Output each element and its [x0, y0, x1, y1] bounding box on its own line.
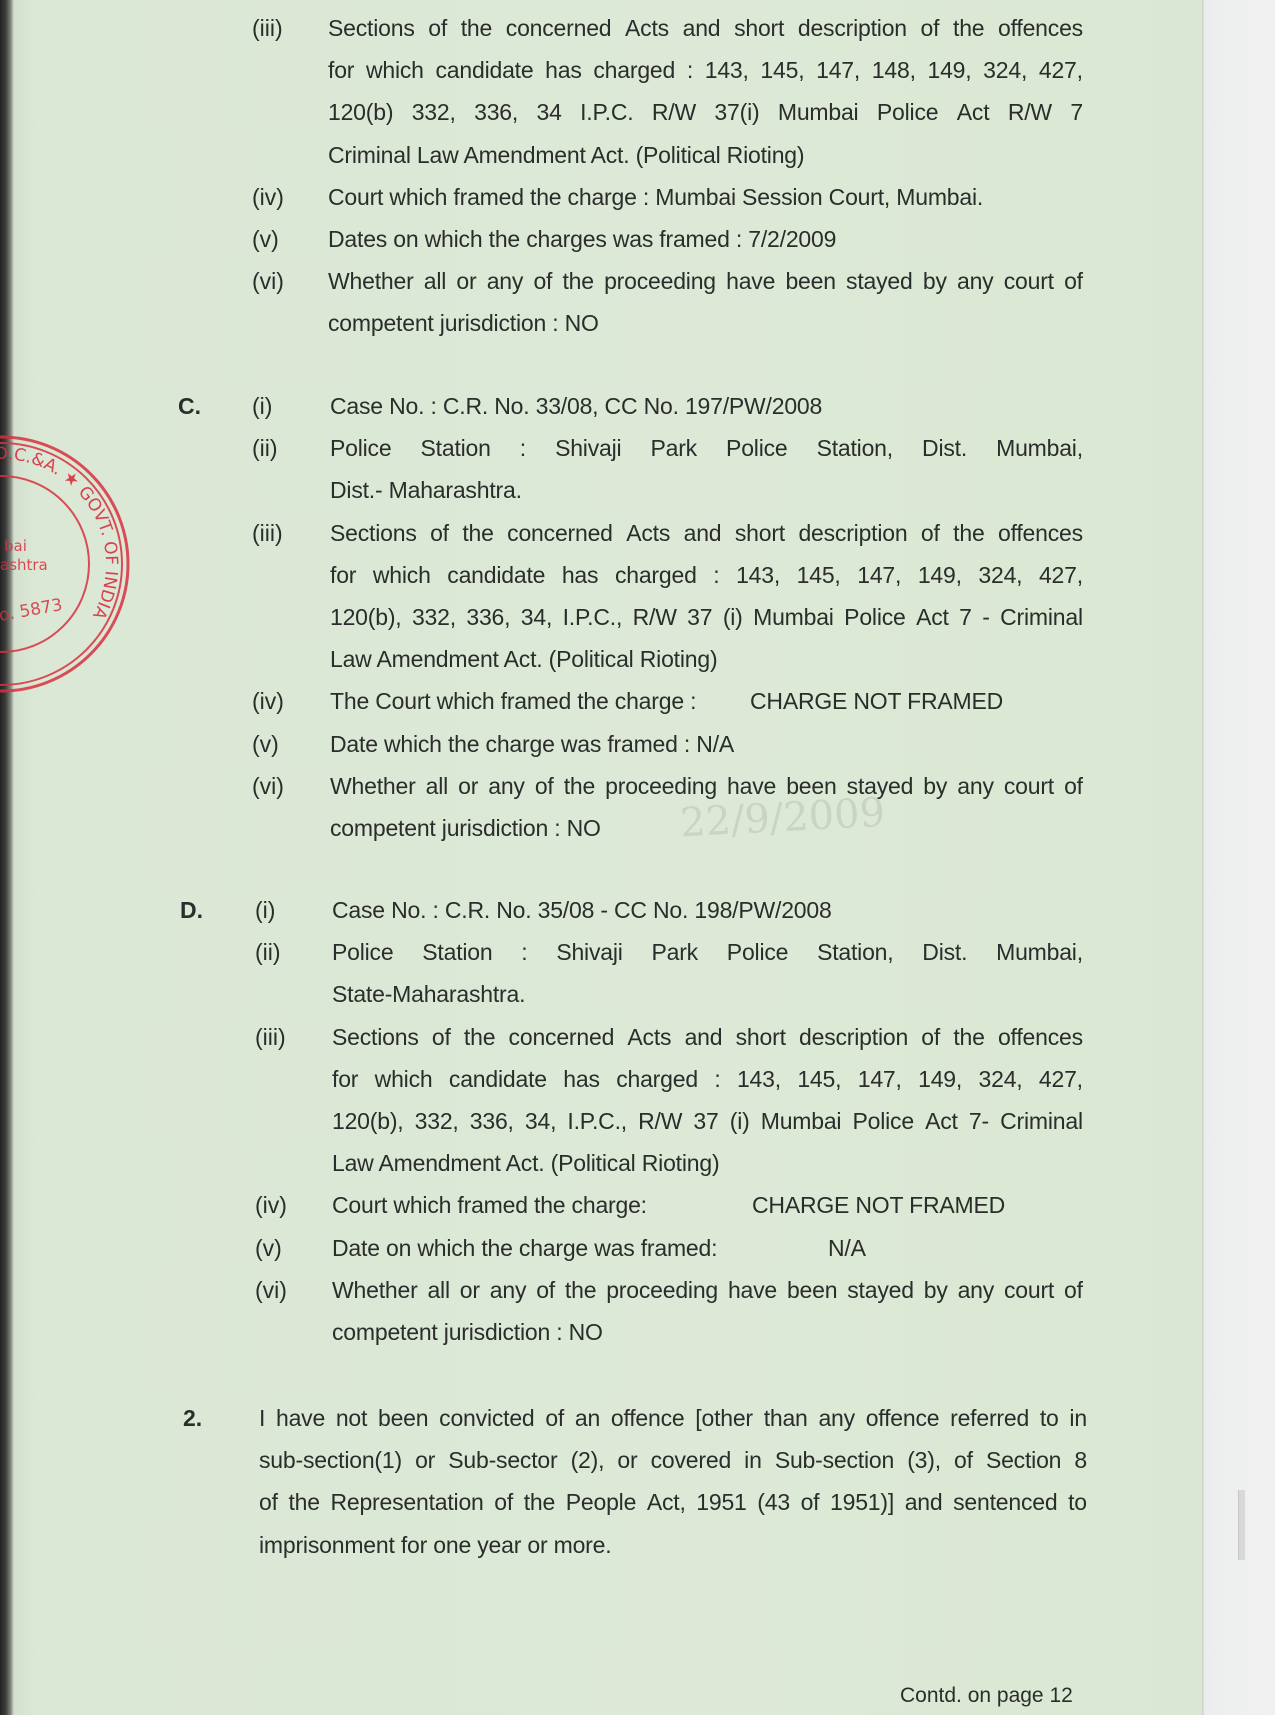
item-label: Date on which the charge was framed: [332, 1234, 717, 1262]
item-text-line: SectionsoftheconcernedActsandshortdescri… [328, 14, 1083, 42]
item-text-line: State-Maharashtra. [332, 980, 525, 1008]
svg-text:o. 5873: o. 5873 [0, 595, 64, 626]
item-text-line: Date which the charge was framed : N/A [330, 730, 734, 758]
paragraph-line: sub-section(1)orSub-sector(2),orcoveredi… [259, 1446, 1087, 1474]
item-number: (v) [255, 1234, 282, 1262]
item-number: (iv) [252, 687, 284, 715]
paragraph-line: oftheRepresentationofthePeopleAct,1951(4… [259, 1488, 1087, 1516]
item-value: CHARGE NOT FRAMED [752, 1191, 1005, 1219]
item-text-line: competent jurisdiction : NO [328, 309, 599, 337]
binding-edge [0, 0, 14, 1715]
item-number: (vi) [252, 267, 284, 295]
item-text-line: Court which framed the charge : Mumbai S… [328, 183, 983, 211]
item-text-line: PoliceStation:ShivajiParkPoliceStation,D… [330, 434, 1083, 462]
item-number: (ii) [252, 434, 278, 462]
item-number: (vi) [252, 772, 284, 800]
document-page: 22/9/2009 (iii)SectionsoftheconcernedAct… [0, 0, 1202, 1715]
item-text-line: forwhichcandidatehascharged:143,145,147,… [332, 1065, 1083, 1093]
item-text-line: Criminal Law Amendment Act. (Political R… [328, 141, 804, 169]
item-value: N/A [828, 1234, 866, 1262]
item-number: (iii) [255, 1023, 286, 1051]
item-number: (iv) [255, 1191, 287, 1219]
item-number: (v) [252, 225, 279, 253]
item-text-line: PoliceStation:ShivajiParkPoliceStation,D… [332, 938, 1083, 966]
item-text-line: Dates on which the charges was framed : … [328, 225, 836, 253]
scanner-margin [1202, 0, 1275, 1715]
scanner-edge-mark [1238, 1490, 1245, 1560]
item-text-line: forwhichcandidatehascharged:143,145,147,… [328, 56, 1083, 84]
item-number: (vi) [255, 1276, 287, 1304]
item-text-line: Whetheralloranyoftheproceedinghavebeenst… [328, 267, 1083, 295]
item-label: The Court which framed the charge : [330, 687, 696, 715]
item-text-line: Whetheralloranyoftheproceedinghavebeenst… [330, 772, 1083, 800]
item-number: (i) [252, 392, 272, 420]
paragraph-line: Ihavenotbeenconvictedofanoffence[otherth… [259, 1404, 1087, 1432]
svg-text:ashtra: ashtra [0, 556, 48, 574]
svg-text:bai: bai [4, 537, 27, 555]
item-number: (ii) [255, 938, 281, 966]
item-text-line: competent jurisdiction : NO [330, 814, 601, 842]
item-number: (iii) [252, 14, 283, 42]
item-text-line: SectionsoftheconcernedActsandshortdescri… [330, 519, 1083, 547]
item-text-line: Law Amendment Act. (Political Rioting) [332, 1149, 719, 1177]
item-value: CHARGE NOT FRAMED [750, 687, 1003, 715]
item-text-line: 120(b),332,336,34,I.P.C.,R/W37(i)MumbaiP… [332, 1107, 1083, 1135]
item-number: (iv) [252, 183, 284, 211]
item-text-line: competent jurisdiction : NO [332, 1318, 603, 1346]
section-letter: C. [178, 392, 201, 420]
item-text-line: forwhichcandidatehascharged:143,145,147,… [330, 561, 1083, 589]
item-number: (i) [255, 896, 275, 924]
item-text-line: SectionsoftheconcernedActsandshortdescri… [332, 1023, 1083, 1051]
notary-stamp: B.Com, LL.B, G.D.C.&A. ★ GOVT. OF INDIA … [0, 433, 132, 695]
continued-note: Contd. on page 12 [900, 1683, 1073, 1709]
item-number: (v) [252, 730, 279, 758]
paragraph-line: imprisonment for one year or more. [259, 1531, 611, 1559]
section-letter: D. [180, 896, 203, 924]
stamp-seal-icon: B.Com, LL.B, G.D.C.&A. ★ GOVT. OF INDIA … [0, 433, 132, 695]
item-number: (iii) [252, 519, 283, 547]
item-label: Court which framed the charge: [332, 1191, 647, 1219]
item-text-line: 120(b)332,336,34I.P.C.R/W37(i)MumbaiPoli… [328, 98, 1083, 126]
item-text-line: Case No. : C.R. No. 35/08 - CC No. 198/P… [332, 896, 832, 924]
paragraph-number: 2. [183, 1404, 202, 1432]
item-text-line: Dist.- Maharashtra. [330, 476, 522, 504]
item-text-line: 120(b),332,336,34,I.P.C.,R/W37(i)MumbaiP… [330, 603, 1083, 631]
item-text-line: Case No. : C.R. No. 33/08, CC No. 197/PW… [330, 392, 822, 420]
item-text-line: Whetheralloranyoftheproceedinghavebeenst… [332, 1276, 1083, 1304]
item-text-line: Law Amendment Act. (Political Rioting) [330, 645, 717, 673]
